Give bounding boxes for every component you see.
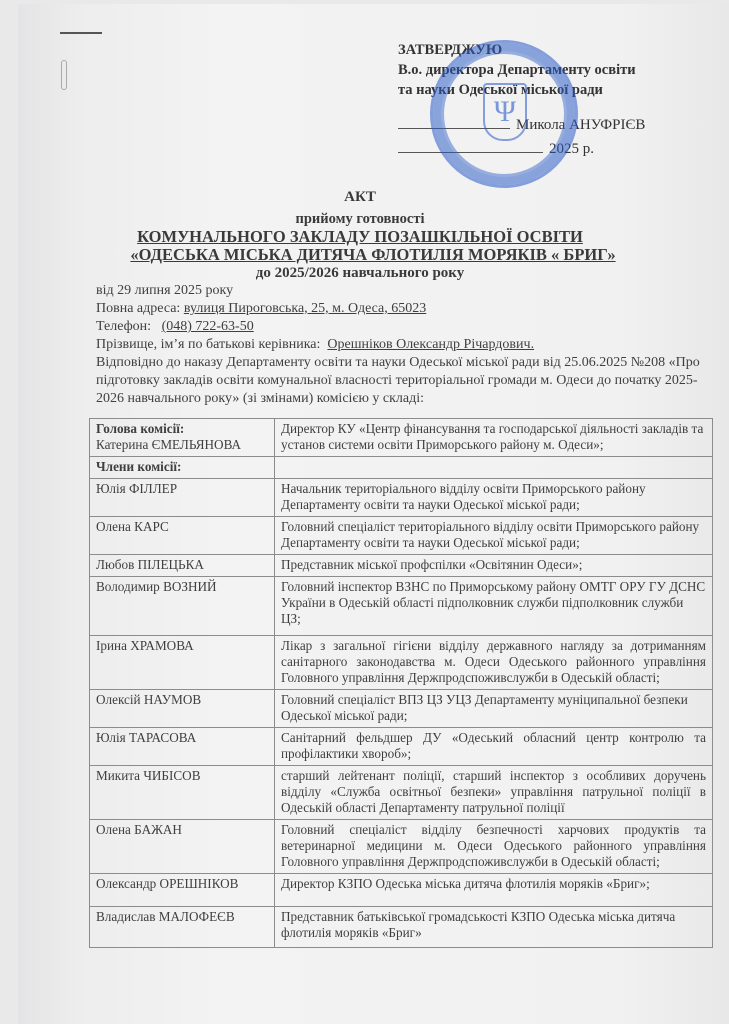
approval-date: 2025 р. xyxy=(549,141,594,157)
member-position: Головний спеціаліст ВПЗ ЦЗ УЦЗ Департаме… xyxy=(275,690,713,728)
phone-value: (048) 722-63-50 xyxy=(162,319,254,334)
member-position: Представник батьківської громадськості К… xyxy=(275,907,713,948)
commission-table: Голова комісії: Катерина ЄМЕЛЬЯНОВА Дире… xyxy=(89,418,713,948)
approval-block: ЗАТВЕРДЖУЮ В.о. директора Департаменту о… xyxy=(398,40,718,162)
phone-row: Телефон: (048) 722-63-50 xyxy=(96,318,716,336)
title-institution-type: КОМУНАЛЬНОГО ЗАКЛАДУ ПОЗАШКІЛЬНОЇ ОСВІТИ xyxy=(60,228,660,246)
address-label: Повна адреса: xyxy=(96,301,184,316)
member-position: Головний спеціаліст відділу безпечності … xyxy=(275,820,713,874)
date-line: 2025 р. xyxy=(398,138,718,162)
chair-position: Директор КУ «Центр фінансування та госпо… xyxy=(275,419,713,457)
member-position: Директор КЗПО Одеська міська дитяча флот… xyxy=(275,874,713,907)
approval-position-line1: В.о. директора Департаменту освіти xyxy=(398,60,718,80)
chair-name: Катерина ЄМЕЛЬЯНОВА xyxy=(96,437,268,453)
table-row: Олена КАРСГоловний спеціаліст територіал… xyxy=(90,517,713,555)
table-row: Любов ПІЛЕЦЬКАПредставник міської профсп… xyxy=(90,555,713,577)
table-row: Володимир ВОЗНИЙГоловний інспектор ВЗНС … xyxy=(90,577,713,636)
member-name: Володимир ВОЗНИЙ xyxy=(90,577,275,636)
member-name: Ірина ХРАМОВА xyxy=(90,636,275,690)
member-position: Головний інспектор ВЗНС по Приморському … xyxy=(275,577,713,636)
act-date: від 29 липня 2025 року xyxy=(96,282,716,300)
member-name: Юлія ТАРАСОВА xyxy=(90,728,275,766)
member-position: Начальник територіального відділу освіти… xyxy=(275,479,713,517)
member-name: Олена КАРС xyxy=(90,517,275,555)
table-row: Владислав МАЛОФЕЄВПредставник батьківськ… xyxy=(90,907,713,948)
member-name: Олександр ОРЕШНІКОВ xyxy=(90,874,275,907)
staple-mark xyxy=(61,60,67,90)
member-name: Любов ПІЛЕЦЬКА xyxy=(90,555,275,577)
members-label: Члени комісії: xyxy=(90,457,275,479)
phone-label: Телефон: xyxy=(96,319,162,334)
member-position: Санітарний фельдшер ДУ «Одеський обласни… xyxy=(275,728,713,766)
table-row-chair: Голова комісії: Катерина ЄМЕЛЬЯНОВА Дире… xyxy=(90,419,713,457)
member-position: Лікар з загальної гігієни відділу держав… xyxy=(275,636,713,690)
address-value: вулиця Пироговська, 25, м. Одеса, 65023 xyxy=(184,301,426,316)
table-row: Ірина ХРАМОВАЛікар з загальної гігієни в… xyxy=(90,636,713,690)
member-name: Микита ЧИБІСОВ xyxy=(90,766,275,820)
member-position: Представник міської профспілки «Освітяни… xyxy=(275,555,713,577)
head-row: Прізвище, ім’я по батькові керівника: Ор… xyxy=(96,336,716,354)
member-position: старший лейтенант поліції, старший інспе… xyxy=(275,766,713,820)
table-row: Юлія ФІЛЛЕРНачальник територіального від… xyxy=(90,479,713,517)
signature-line: Микола АНУФРІЄВ xyxy=(398,114,718,138)
address-row: Повна адреса: вулиця Пироговська, 25, м.… xyxy=(96,300,716,318)
head-value: Орешніков Олександр Річардович. xyxy=(327,337,534,352)
title-institution-name: «ОДЕСЬКА МІСЬКА ДИТЯЧА ФЛОТИЛІЯ МОРЯКІВ … xyxy=(60,246,660,264)
document-info: від 29 липня 2025 року Повна адреса: вул… xyxy=(96,282,716,408)
table-row-members-header: Члени комісії: xyxy=(90,457,713,479)
table-row: Олексій НАУМОВГоловний спеціаліст ВПЗ ЦЗ… xyxy=(90,690,713,728)
date-blank xyxy=(398,138,543,153)
member-name: Олена БАЖАН xyxy=(90,820,275,874)
member-position: Головний спеціаліст територіального відд… xyxy=(275,517,713,555)
title-act: АКТ xyxy=(60,188,660,206)
scan-edge-mark xyxy=(60,32,102,34)
document-title: АКТ прийому готовності КОМУНАЛЬНОГО ЗАКЛ… xyxy=(60,188,660,282)
table-row: Микита ЧИБІСОВстарший лейтенант поліції,… xyxy=(90,766,713,820)
signature-blank xyxy=(398,114,510,129)
members-empty-cell xyxy=(275,457,713,479)
title-subtitle: прийому готовності xyxy=(60,210,660,228)
table-row: Юлія ТАРАСОВАСанітарний фельдшер ДУ «Оде… xyxy=(90,728,713,766)
chair-cell: Голова комісії: Катерина ЄМЕЛЬЯНОВА xyxy=(90,419,275,457)
member-name: Владислав МАЛОФЕЄВ xyxy=(90,907,275,948)
table-row: Олена БАЖАНГоловний спеціаліст відділу б… xyxy=(90,820,713,874)
table-row: Олександр ОРЕШНІКОВ Директор КЗПО Одеськ… xyxy=(90,874,713,907)
approval-position-line2: та науки Одеської міської ради xyxy=(398,80,718,100)
chair-label: Голова комісії: xyxy=(96,421,268,437)
head-label: Прізвище, ім’я по батькові керівника: xyxy=(96,337,327,352)
title-academic-year: до 2025/2026 навчального року xyxy=(60,264,660,282)
member-name: Олексій НАУМОВ xyxy=(90,690,275,728)
signatory-name: Микола АНУФРІЄВ xyxy=(516,117,645,133)
order-text: Відповідно до наказу Департаменту освіти… xyxy=(96,354,716,408)
member-name: Юлія ФІЛЛЕР xyxy=(90,479,275,517)
approval-heading: ЗАТВЕРДЖУЮ xyxy=(398,40,718,60)
